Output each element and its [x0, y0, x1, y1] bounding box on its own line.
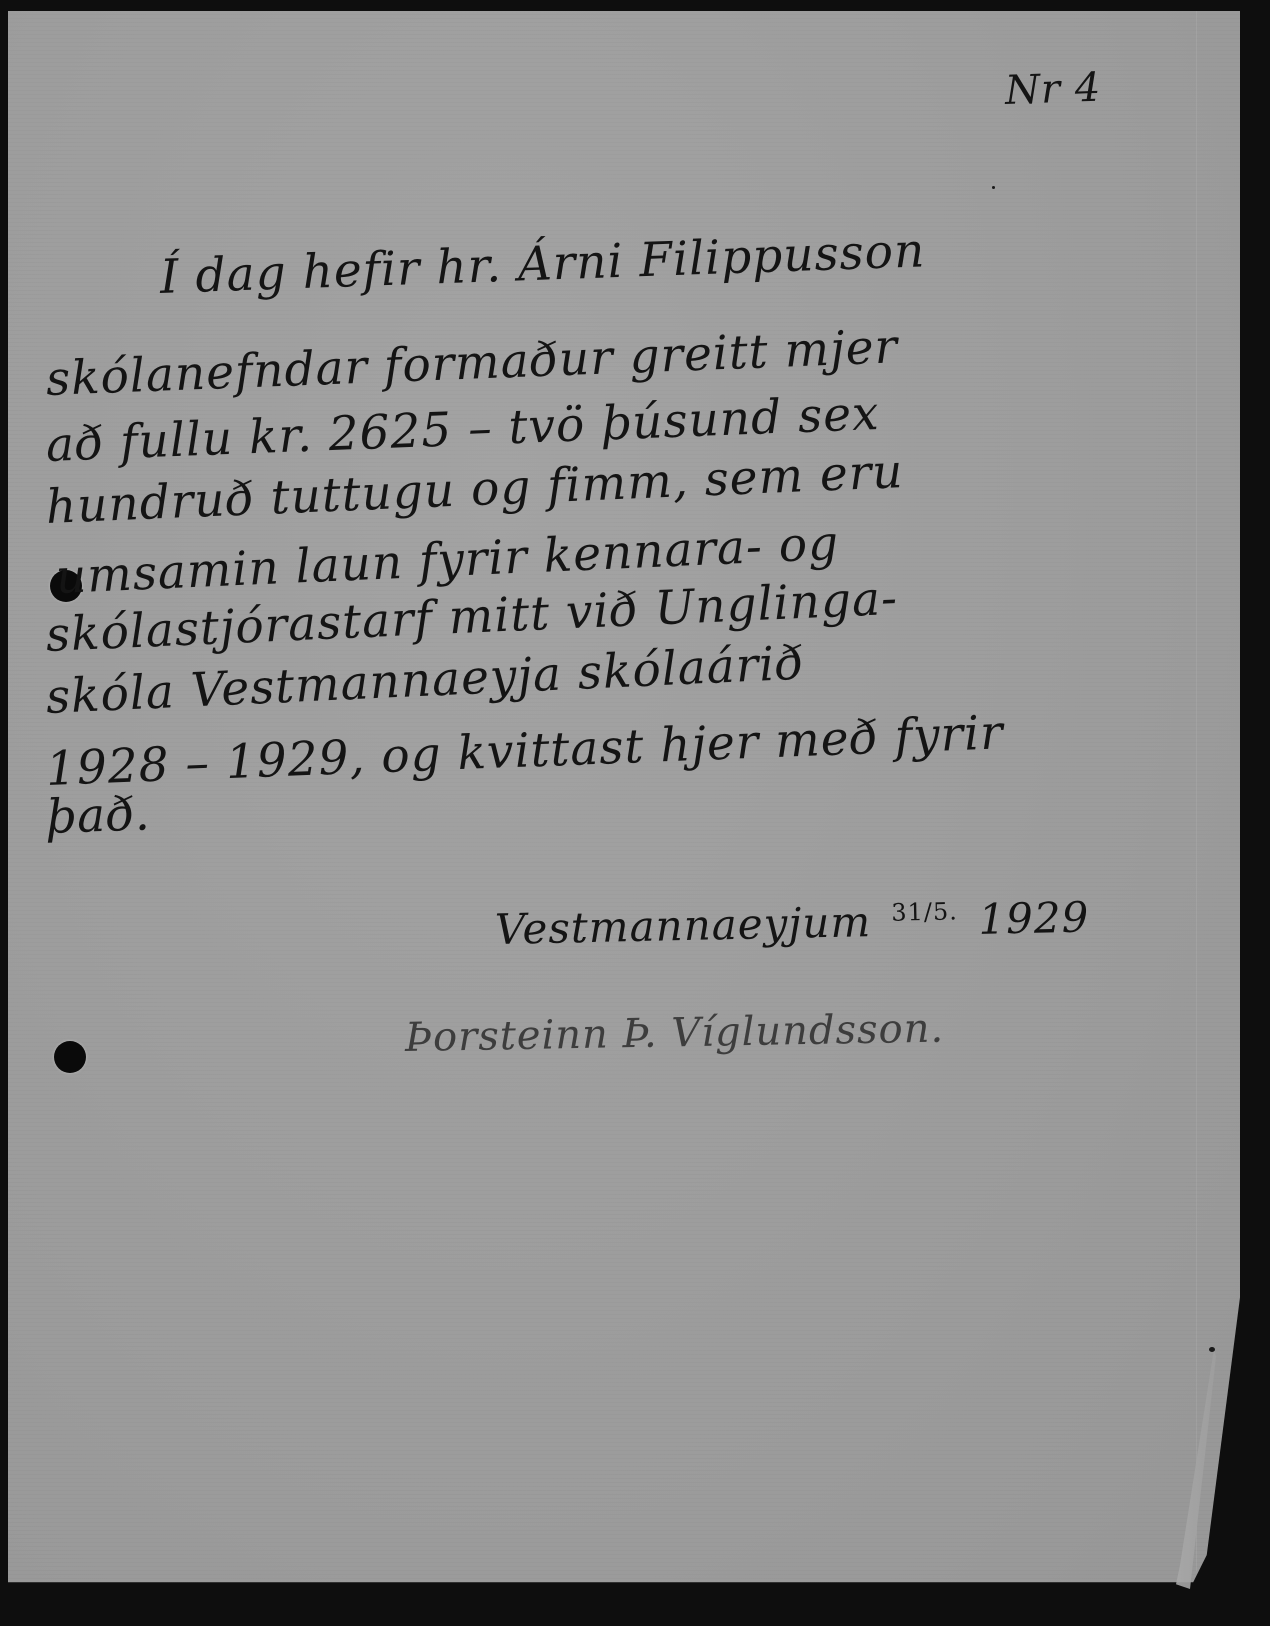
scanned-document: Nr 4 Í dag hefir hr. Árni Filippusson sk…: [0, 0, 1270, 1626]
text-line: það.: [45, 786, 151, 845]
ink-spot: [1209, 1347, 1215, 1352]
date-year: 1929: [978, 893, 1090, 944]
date-day-month: 31/5.: [891, 897, 958, 926]
paper-crease: [1196, 11, 1197, 1571]
place: Vestmannaeyjum: [494, 897, 871, 954]
signature: Þorsteinn Þ. Víglundsson.: [405, 1006, 945, 1061]
ink-spot: [992, 186, 995, 189]
document-number: Nr 4: [1004, 65, 1102, 114]
punch-hole-icon: [54, 1041, 86, 1073]
